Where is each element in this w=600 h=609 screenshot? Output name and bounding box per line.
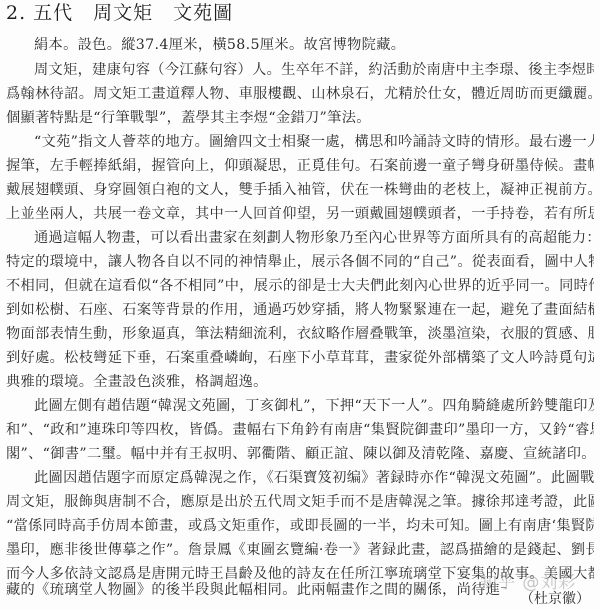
paragraph-3-line-4: 上並坐兩人，共展一卷文章，其中一人回首仰望，另一頭戴圓翅幞頭者，一手持卷，若有所… — [6, 204, 594, 224]
paragraph-4-line-2: 特定的環境中，讓人物各自以不同的神情舉止，展示各個不同的“自己”。從表面看，圖中… — [6, 252, 594, 272]
paragraph-6-line-1: 此圖因趙佶題字而原定爲韓滉之作，《石渠寶笈初编》著録時亦作“韓滉文苑圖”。此圖戰… — [34, 468, 594, 488]
page-title: 2. 五代 周文矩 文苑圖 — [6, 0, 233, 26]
paragraph-3-line-1: “文苑”指文人薈萃的地方。圖繪四文士相聚一處，構思和吟誦詩文時的情形。最右邊一人… — [34, 132, 594, 152]
paragraph-4-line-6: 到好處。松枝彎延下垂，石案重叠嶙峋，石座下小草茸茸，畫家從外部構築了文人吟詩覓句… — [6, 348, 594, 368]
paragraph-2-line-1: 周文矩，建康句容（今江蘇句容）人。生卒年不詳，約活動於南唐中主李璟、後主李煜時期… — [34, 60, 594, 80]
paragraph-6-line-4: 墨印，應非後世傳摹之作”。詹景鳳《東圖玄覽編·卷一》著録此畫，認爲描繪的是錢起、… — [6, 540, 594, 560]
paragraph-4-line-4: 到如松樹、石座、石案等背景的作用，通過巧妙穿插，將人物緊緊連在一起，避免了畫面結… — [6, 300, 594, 320]
paragraph-2-line-3: 個顯著特點是“行筆戰掣”，蓋學其主李煜“金錯刀”筆法。 — [6, 108, 594, 128]
paragraph-4-line-7: 典雅的環境。全畫設色淡雅，格調超逸。 — [6, 372, 594, 392]
paragraph-6-line-6: 藏的《琉璃堂人物圖》的後半段與此幅相同。此兩幅畫作之間的關係，尚待進一步對比研究… — [6, 580, 506, 600]
document-page: 2. 五代 周文矩 文苑圖 絹本。設色。縱37.4厘米，橫58.5厘米。故宮博物… — [0, 0, 600, 609]
paragraph-4-line-1: 通過這幅人物畫，可以看出畫家在刻劃人物形象乃至內心世界等方面所具有的高超能力：將… — [34, 228, 594, 248]
paragraph-2-line-2: 爲翰林待詔。周文矩工畫道釋人物、車服樓觀、山林泉石，尤精於仕女，體近周昉而更纖麗… — [6, 84, 594, 104]
paragraph-5-line-3: 閣”、“御書”二璽。幅中并有王叔明、郭衢階、顧正誼、陳以御及清乾隆、嘉慶、宣統諸… — [6, 444, 594, 464]
paragraph-4-line-3: 不相同，但就在這看似“各不相同”中，展示的卻是士大夫們此刻內心世界的近乎同一。同… — [6, 276, 594, 296]
paragraph-6-line-3: “當係同時高手仿周本節畫，或爲文矩重作，或即長圖的一半，均未可知。圖上有南唐‘集… — [6, 516, 594, 536]
paragraph-5-line-1: 此圖左側有趙佶題“韓滉文苑圖，丁亥御札”，下押“天下一人”。四角騎縫處所鈐雙龍印… — [34, 396, 594, 416]
paragraph-4-line-5: 物面部表情生動，形象逼真，筆法精細流利，衣紋略作層叠戰筆，淡墨渲染，衣服的質感、… — [6, 324, 594, 344]
paragraph-1-line-1: 絹本。設色。縱37.4厘米，橫58.5厘米。故宮博物院藏。 — [34, 35, 594, 55]
paragraph-3-line-2: 握筆，左手輕捧紙絹，握管向上，仰頭凝思，正覓佳句。石案前邊一童子彎身研墨侍候。畫… — [6, 156, 594, 176]
paragraph-5-line-2: 和”、“政和”連珠印等四枚，皆僞。畫幅右下角鈐有南唐“集賢院御畫印”墨印一方，又… — [6, 420, 594, 440]
paragraph-6-line-2: 周文矩，服飾與唐制不合，應原是出於五代周文矩手而不是唐韓滉之筆。據徐邦達考證，此… — [6, 492, 594, 512]
author-credit: （杜京徽） — [520, 589, 590, 609]
paragraph-3-line-3: 戴展翅幞頭、身穿圓領白袍的文人，雙手插入袖管，伏在一株彎曲的老枝上，凝神正視前方… — [6, 180, 594, 200]
